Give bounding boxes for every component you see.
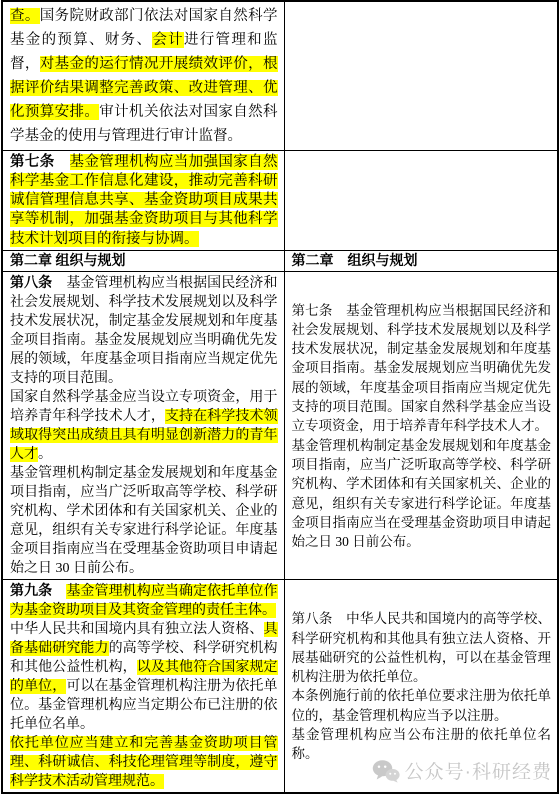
- paragraph: 第九条 基金管理机构应当确定依托单位作为基金资助项目及其资金管理的责任主体。: [10, 582, 278, 620]
- text-segment: 第八条 中华人民共和国境内的高等学校、科学研究机构和其他具有独立法人资格、开展基…: [292, 611, 552, 684]
- highlighted-text: 会计: [152, 32, 184, 48]
- article-7-information-row-right-cell: [284, 150, 558, 250]
- article-8-planning-row-left-cell: 第八条 基金管理机构应当根据国民经济和社会发展规划、科学技术发展规划以及科学技术…: [2, 271, 284, 579]
- text-segment: 基金管理机构制定基金发展规划和年度基金项目指南，应当广泛听取高等学校、科学研究机…: [10, 466, 278, 576]
- article-7-information-row: 第七条 基金管理机构应当加强国家自然科学基金工作信息化建设，推动完善科研诚信管理…: [2, 150, 558, 250]
- audit-supervision-row: 查。国务院财政部门依法对国家自然科学基金的预算、财务、会计进行管理和监督，对基金…: [2, 1, 558, 150]
- document-page: 查。国务院财政部门依法对国家自然科学基金的预算、财务、会计进行管理和监督，对基金…: [0, 0, 559, 797]
- audit-supervision-row-right-cell: [284, 1, 558, 150]
- paragraph: 查。国务院财政部门依法对国家自然科学基金的预算、财务、会计进行管理和监督，对基金…: [10, 4, 278, 148]
- paragraph: 第二章 组织与规划: [10, 253, 278, 270]
- text-segment: 基金管理机构应当公布注册的依托单位名称。: [292, 727, 552, 761]
- paragraph: 中华人民共和国境内具有独立法人资格、具备基础研究能力的高等学校、科学研究机构和其…: [10, 620, 278, 734]
- paragraph: 基金管理机构应当公布注册的依托单位名称。: [292, 725, 552, 764]
- text-segment: 基金管理机构应当根据国民经济和社会发展规划、科学技术发展规划以及科学技术发展状况…: [10, 276, 278, 386]
- paragraph: 第二章 组织与规划: [292, 253, 552, 270]
- paragraph: 第七条 基金管理机构应当加强国家自然科学基金工作信息化建设，推动完善科研诚信管理…: [10, 153, 278, 249]
- article-number: 第二章 组织与规划: [10, 254, 126, 269]
- paragraph: 第七条 基金管理机构应当根据国民经济和社会发展规划、科学技术发展规划以及科学技术…: [292, 301, 552, 436]
- text-segment: 基金管理机构制定基金发展规划和年度基金项目指南，应当广泛听取高等学校、科学研究机…: [292, 438, 552, 549]
- paragraph: 本条例施行前的依托单位要求注册为依托单位的，基金管理机构应当予以注册。: [292, 686, 552, 725]
- highlighted-text: 依托单位应当建立和完善基金资助项目管理、科研诚信、科技伦理管理等制度，遵守科学技…: [10, 736, 278, 789]
- audit-supervision-row-left-cell: 查。国务院财政部门依法对国家自然科学基金的预算、财务、会计进行管理和监督，对基金…: [2, 1, 284, 150]
- article-number: 第七条: [10, 154, 55, 170]
- article-9-host-institution-row: 第九条 基金管理机构应当确定依托单位作为基金资助项目及其资金管理的责任主体。中华…: [2, 579, 558, 793]
- paragraph: 依托单位应当建立和完善基金资助项目管理、科研诚信、科技伦理管理等制度，遵守科学技…: [10, 734, 278, 791]
- paragraph: 基金管理机构制定基金发展规划和年度基金项目指南，应当广泛听取高等学校、科学研究机…: [10, 464, 278, 578]
- text-segment: [55, 154, 70, 170]
- paragraph: 基金管理机构制定基金发展规划和年度基金项目指南，应当广泛听取高等学校、科学研究机…: [292, 436, 552, 552]
- text-segment: [52, 584, 66, 599]
- text-segment: 中华人民共和国境内具有独立法人资格、: [10, 622, 264, 637]
- article-8-planning-row-right-cell: 第七条 基金管理机构应当根据国民经济和社会发展规划、科学技术发展规划以及科学技术…: [284, 271, 558, 579]
- article-9-host-institution-row-right-cell: 第八条 中华人民共和国境内的高等学校、科学研究机构和其他具有独立法人资格、开展基…: [284, 579, 558, 793]
- article-8-planning-row: 第八条 基金管理机构应当根据国民经济和社会发展规划、科学技术发展规划以及科学技术…: [2, 271, 558, 579]
- text-segment: 。: [38, 447, 52, 462]
- paragraph: 第八条 基金管理机构应当根据国民经济和社会发展规划、科学技术发展规划以及科学技术…: [10, 274, 278, 388]
- paragraph: 第八条 中华人民共和国境内的高等学校、科学研究机构和其他具有独立法人资格、开展基…: [292, 609, 552, 686]
- regulation-comparison-table: 查。国务院财政部门依法对国家自然科学基金的预算、财务、会计进行管理和监督，对基金…: [1, 0, 559, 794]
- article-number: 第九条: [10, 584, 52, 599]
- article-9-host-institution-row-left-cell: 第九条 基金管理机构应当确定依托单位作为基金资助项目及其资金管理的责任主体。中华…: [2, 579, 284, 793]
- chapter-2-header-row: 第二章 组织与规划第二章 组织与规划: [2, 250, 558, 271]
- article-7-information-row-left-cell: 第七条 基金管理机构应当加强国家自然科学基金工作信息化建设，推动完善科研诚信管理…: [2, 150, 284, 250]
- chapter-2-header-row-right-cell: 第二章 组织与规划: [284, 250, 558, 271]
- chapter-2-header-row-left-cell: 第二章 组织与规划: [2, 250, 284, 271]
- text-segment: 本条例施行前的依托单位要求注册为依托单位的，基金管理机构应当予以注册。: [292, 688, 552, 722]
- paragraph: 国家自然科学基金应当设立专项资金，用于培养青年科学技术人才，支持在科学技术领域取…: [10, 388, 278, 464]
- highlighted-text: 查。: [10, 8, 40, 24]
- text-segment: 第七条 基金管理机构应当根据国民经济和社会发展规划、科学技术发展规划以及科学技术…: [292, 303, 552, 434]
- article-number: 第二章 组织与规划: [292, 254, 418, 269]
- article-number: 第八条: [10, 276, 52, 291]
